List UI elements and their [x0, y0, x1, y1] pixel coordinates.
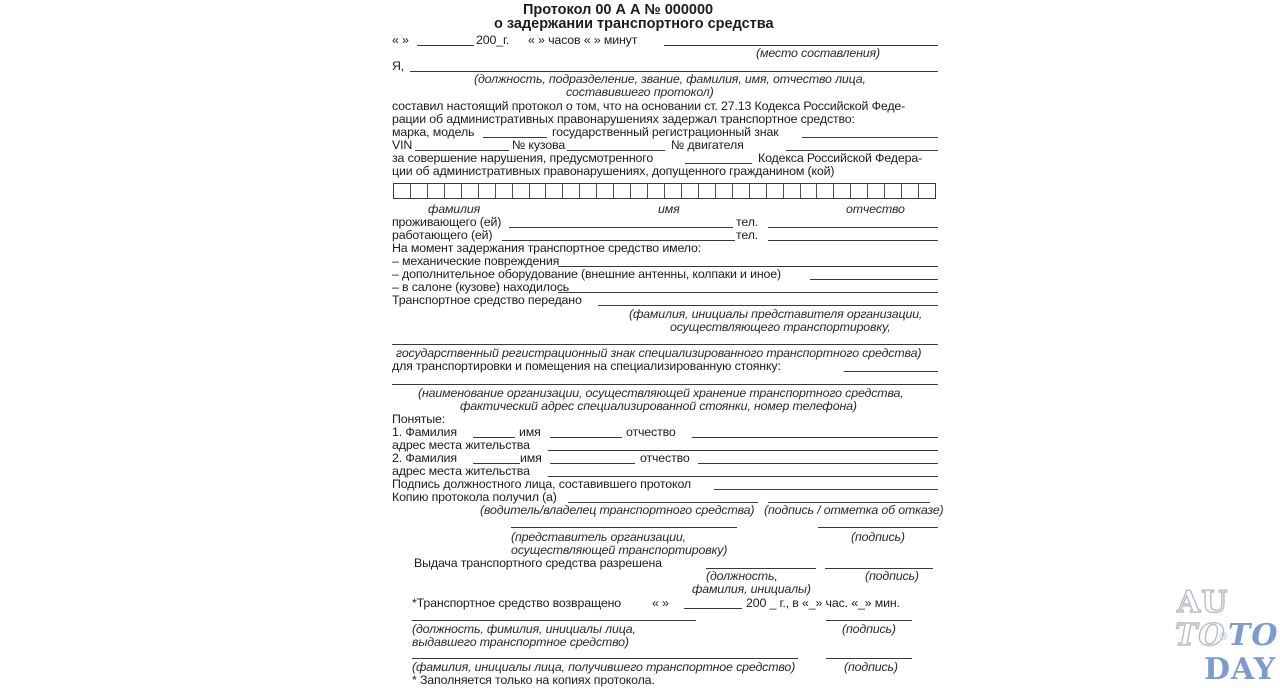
name-grid-cell[interactable]: [546, 184, 563, 198]
returned-label: *Транспортное средство возвращено: [412, 597, 621, 610]
release-label: Выдача транспортного средства разрешена: [414, 557, 662, 570]
returned-tail: 200 _ г., в «_» час. «_» мин.: [746, 597, 900, 610]
receiver-blank[interactable]: [412, 658, 798, 659]
engine-no-label: № двигателя: [671, 139, 744, 152]
patronymic-label: отчество: [846, 203, 905, 216]
rep-blank[interactable]: [511, 527, 737, 528]
witness1-patronymic-label: отчество: [626, 426, 676, 439]
name-grid-cell[interactable]: [716, 184, 733, 198]
footnote: * Заполняется только на копиях протокола…: [412, 674, 655, 687]
name-grid-cell[interactable]: [462, 184, 479, 198]
name-grid-cell[interactable]: [902, 184, 919, 198]
name-grid-cell[interactable]: [919, 184, 935, 198]
storage-hint-2: фактический адрес специализированной сто…: [460, 400, 857, 413]
name-grid-cell[interactable]: [513, 184, 530, 198]
storage-blank-2[interactable]: [392, 384, 938, 385]
name-grid-cell[interactable]: [665, 184, 682, 198]
issuer-sign-blank[interactable]: [826, 620, 912, 621]
receiver-sign-blank[interactable]: [826, 658, 912, 659]
name-grid-cell[interactable]: [699, 184, 716, 198]
transport-for-label: для транспортировки и помещения на специ…: [392, 360, 781, 373]
name-grid-cell[interactable]: [445, 184, 462, 198]
name-grid-cell[interactable]: [580, 184, 597, 198]
name-grid-cell[interactable]: [801, 184, 818, 198]
release-sign-hint: (подпись): [865, 570, 919, 583]
tel-blank-1[interactable]: [768, 227, 938, 228]
name-grid-cell[interactable]: [682, 184, 699, 198]
handed-blank-2[interactable]: [392, 344, 938, 345]
year-label: 200_г.: [476, 34, 509, 47]
handed-blank[interactable]: [598, 305, 938, 306]
name-grid-cell[interactable]: [733, 184, 750, 198]
issuer-sign-hint: (подпись): [842, 623, 896, 636]
rep-sign-hint: (подпись): [851, 531, 905, 544]
position-hint-2: фамилия, инициалы): [692, 583, 811, 596]
official-hint-2: составившего протокол): [566, 86, 714, 99]
form-subtitle: о задержании транспортного средства: [494, 16, 774, 32]
watermark-line-2b: TO: [1228, 621, 1278, 651]
name-grid-cell[interactable]: [648, 184, 665, 198]
witness1-name-blank[interactable]: [550, 437, 622, 438]
name-grid-cell[interactable]: [868, 184, 885, 198]
name-grid-cell[interactable]: [767, 184, 784, 198]
name-grid-cell[interactable]: [597, 184, 614, 198]
official-sign-blank[interactable]: [714, 489, 938, 490]
day-quote: « »: [392, 34, 409, 47]
tel-blank-2[interactable]: [768, 240, 938, 241]
i-label: Я,: [392, 60, 404, 73]
watermark-line-1: AU: [1177, 588, 1228, 618]
receiver-sign-hint: (подпись): [844, 661, 898, 674]
name-grid-cell[interactable]: [563, 184, 580, 198]
name-grid-cell[interactable]: [631, 184, 648, 198]
protocol-form: Протокол 00 А А № 000000 о задержании тр…: [0, 0, 1280, 688]
name-grid-cell[interactable]: [428, 184, 445, 198]
reg-sign-blank[interactable]: [802, 137, 938, 138]
watermark-line-3: DAY: [1204, 655, 1276, 685]
name-grid-cell[interactable]: [851, 184, 868, 198]
witness2-patronymic-label: отчество: [640, 452, 690, 465]
handed-hint-2: осуществляющего транспортировку,: [670, 321, 891, 334]
rep-sign-blank[interactable]: [818, 527, 938, 528]
witness1-patronymic-blank[interactable]: [692, 437, 938, 438]
returned-quote: « »: [652, 597, 669, 610]
place-hint: (место составления): [756, 47, 880, 60]
violation-label-2: ции об административных правонарушениях,…: [392, 165, 834, 178]
name-grid-cell[interactable]: [530, 184, 547, 198]
sign-refusal-hint: (подпись / отметка об отказе): [764, 504, 944, 517]
name-grid-cell[interactable]: [817, 184, 834, 198]
storage-blank-1[interactable]: [844, 371, 938, 372]
name-grid-cell[interactable]: [496, 184, 513, 198]
witness2-name-blank[interactable]: [550, 463, 635, 464]
tel-label-2: тел.: [736, 229, 758, 242]
handed-label: Транспортное средство передано: [392, 294, 582, 307]
name-grid-cell[interactable]: [614, 184, 631, 198]
equipment-blank[interactable]: [810, 279, 938, 280]
name-grid-cell[interactable]: [834, 184, 851, 198]
name-label: имя: [658, 203, 680, 216]
issuer-blank[interactable]: [412, 620, 696, 621]
witness2-patronymic-blank[interactable]: [698, 463, 938, 464]
name-grid-cell[interactable]: [750, 184, 767, 198]
name-grid-cell[interactable]: [479, 184, 496, 198]
cabin-blank[interactable]: [558, 292, 938, 293]
living-blank[interactable]: [509, 227, 733, 228]
time-label: « » часов « » минут: [528, 34, 637, 47]
name-letter-grid[interactable]: [393, 183, 936, 199]
name-grid-cell[interactable]: [885, 184, 902, 198]
witness1-address-blank[interactable]: [548, 450, 938, 451]
name-grid-cell[interactable]: [411, 184, 428, 198]
month-blank[interactable]: [417, 45, 474, 46]
issuer-hint-2: выдавшего транспортное средство): [412, 636, 629, 649]
driver-hint: (водитель/владелец транспортного средств…: [480, 504, 754, 517]
reg-sign-label: государственный регистрационный знак: [552, 126, 778, 139]
returned-month-blank[interactable]: [684, 608, 742, 609]
name-grid-cell[interactable]: [394, 184, 411, 198]
name-grid-cell[interactable]: [784, 184, 801, 198]
